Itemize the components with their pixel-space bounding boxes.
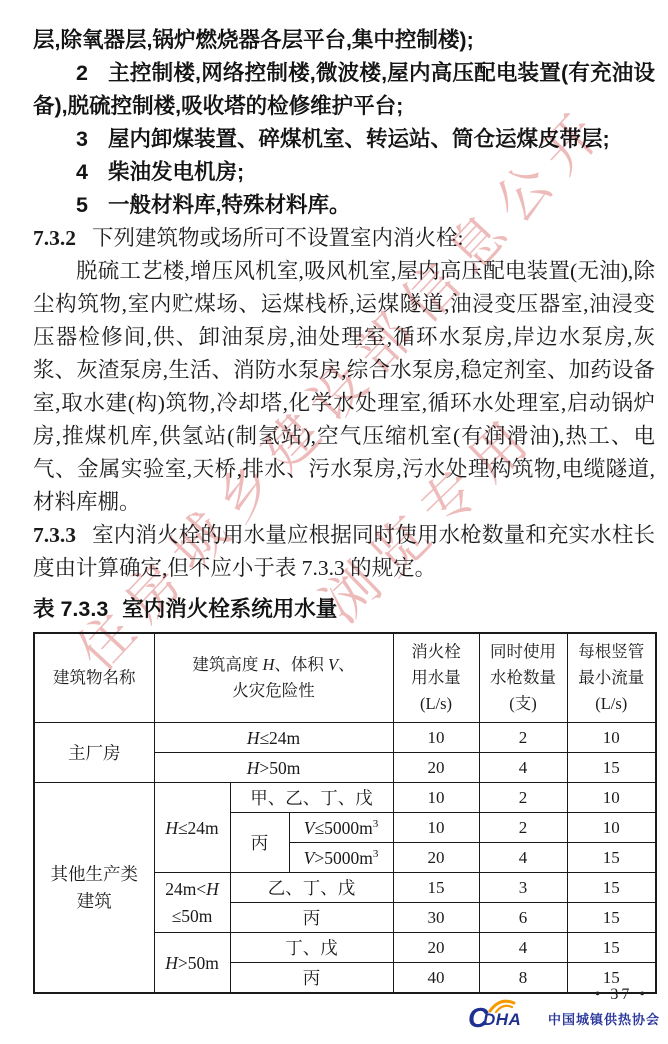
symbol-H: H <box>206 879 219 899</box>
cell-value: 10 <box>567 813 656 843</box>
table-caption-label: 表 7.3.3 <box>33 597 108 621</box>
table-caption-text: 室内消火栓系统用水量 <box>122 597 337 621</box>
list-item-3: 3屋内卸煤装置、碎煤机室、转运站、筒仓运煤皮带层; <box>33 123 655 156</box>
symbol-H: H <box>247 758 260 778</box>
page-content: 层,除氧器层,锅炉燃烧器各层平台,集中控制楼); 2主控制楼,网络控制楼,微波楼… <box>0 0 668 994</box>
header-standpipe-flow: 每根竖管 最小流量 (L/s) <box>567 633 656 723</box>
clause-text: 室内消火栓的用水量应根据同时使用水枪数量和充实水柱长度由计算确定,但不应小于表 … <box>33 523 655 580</box>
cell-main-plant: 主厂房 <box>34 723 154 783</box>
header-text-part: 、体积 <box>274 655 328 674</box>
condition-text: ≤24m <box>178 818 219 838</box>
table-caption: 表 7.3.3室内消火栓系统用水量 <box>33 593 655 626</box>
cell-volume: V≤5000m3 <box>289 813 393 843</box>
cell-condition: H>50m <box>154 753 393 783</box>
cell-value: 15 <box>567 903 656 933</box>
table-row: 主厂房 H≤24m 10 2 10 <box>34 723 656 753</box>
condition-text: >50m <box>259 758 300 778</box>
list-item-number: 2 <box>76 61 108 85</box>
cell-hazard: 乙、丁、戊 <box>230 873 393 903</box>
cell-volume: V>5000m3 <box>289 843 393 873</box>
header-gun-count: 同时使用 水枪数量 (支) <box>479 633 567 723</box>
list-item-number: 5 <box>76 193 108 217</box>
header-text: 建筑物名称 <box>35 665 154 691</box>
cdha-logo-mark: C DHA <box>468 1000 544 1032</box>
header-text: 消火栓 <box>394 639 479 665</box>
document-page: 住房城乡建设部信息公开 浏览专用 层,除氧器层,锅炉燃烧器各层平台,集中控制楼)… <box>0 0 668 1044</box>
cell-value: 15 <box>567 753 656 783</box>
list-item-2: 2主控制楼,网络控制楼,微波楼,屋内高压配电装置(有充油设备),脱硫控制楼,吸收… <box>33 57 655 123</box>
cell-hazard: 甲、乙、丁、戊 <box>230 783 393 813</box>
cell-value: 2 <box>479 723 567 753</box>
symbol-H: H <box>247 728 260 748</box>
header-text-part: 、 <box>338 655 355 674</box>
header-text: (L/s) <box>394 691 479 717</box>
header-text: 用水量 <box>394 665 479 691</box>
cell-value: 15 <box>567 843 656 873</box>
header-height-volume: 建筑高度 H、体积 V、 火灾危险性 <box>154 633 393 723</box>
cell-value: 10 <box>393 813 479 843</box>
cell-hazard-bing: 丙 <box>230 813 289 873</box>
org-name: 中国城镇供热协会 <box>544 1009 660 1032</box>
list-item-number: 3 <box>76 127 108 151</box>
cell-value: 15 <box>567 873 656 903</box>
clause-7-3-2: 7.3.2下列建筑物或场所可不设置室内消火栓: <box>33 222 655 255</box>
cell-value: 40 <box>393 963 479 994</box>
cell-value: 15 <box>567 933 656 963</box>
list-item-text: 主控制楼,网络控制楼,微波楼,屋内高压配电装置(有充油设备),脱硫控制楼,吸收塔… <box>33 61 655 118</box>
cell-value: 8 <box>479 963 567 994</box>
cell-value: 10 <box>567 723 656 753</box>
cell-value: 20 <box>393 753 479 783</box>
header-hydrant-flow: 消火栓 用水量 (L/s) <box>393 633 479 723</box>
cell-value: 3 <box>479 873 567 903</box>
logo-radio-arcs-icon <box>488 997 522 1013</box>
list-item-5: 5一般材料库,特殊材料库。 <box>33 189 655 222</box>
clause-number: 7.3.2 <box>33 226 92 250</box>
cdha-logo: C DHA 中国城镇供热协会 <box>468 1000 660 1032</box>
condition-text: 24m< <box>165 879 206 899</box>
cell-hazard: 丙 <box>230 963 393 994</box>
header-text-part: 建筑高度 <box>192 655 262 674</box>
cell-hazard: 丁、戊 <box>230 933 393 963</box>
clause-7-3-2-body: 脱硫工艺楼,增压风机室,吸风机室,屋内高压配电装置(无油),除尘构筑物,室内贮煤… <box>33 255 655 519</box>
condition-text: ≤24m <box>259 728 300 748</box>
symbol-V: V <box>328 655 338 674</box>
header-text: (L/s) <box>568 691 656 717</box>
cell-other-buildings: 其他生产类 建筑 <box>34 783 154 994</box>
cell-value: 10 <box>567 783 656 813</box>
cell-value: 4 <box>479 753 567 783</box>
cell-value: 4 <box>479 843 567 873</box>
header-text: (支) <box>480 691 567 717</box>
group-name-line: 其他生产类 <box>35 861 154 888</box>
list-item-text: 柴油发电机房; <box>108 160 244 184</box>
cell-value: 15 <box>393 873 479 903</box>
superscript: 3 <box>373 818 379 830</box>
cell-value: 20 <box>393 933 479 963</box>
cell-value: 2 <box>479 813 567 843</box>
logo-acronym: DHA <box>483 1010 521 1030</box>
clause-number: 7.3.3 <box>33 523 92 547</box>
symbol-H: H <box>262 655 274 674</box>
cell-value: 10 <box>393 783 479 813</box>
superscript: 3 <box>373 848 379 860</box>
condition-text: ≤5000m <box>314 818 372 838</box>
header-text: 水枪数量 <box>480 665 567 691</box>
group-name-line: 建筑 <box>35 888 154 915</box>
header-text: 每根竖管 <box>568 639 656 665</box>
list-item-4: 4柴油发电机房; <box>33 156 655 189</box>
cell-value: 20 <box>393 843 479 873</box>
symbol-H: H <box>165 953 178 973</box>
clause-7-3-3: 7.3.3室内消火栓的用水量应根据同时使用水枪数量和充实水柱长度由计算确定,但不… <box>33 519 655 585</box>
list-item-number: 4 <box>76 160 108 184</box>
condition-line: ≤50m <box>155 903 230 930</box>
cell-value: 30 <box>393 903 479 933</box>
condition-text: >50m <box>178 953 219 973</box>
header-text: 火灾危险性 <box>155 678 393 704</box>
cell-condition: H>50m <box>154 933 230 994</box>
header-text: 最小流量 <box>568 665 656 691</box>
cell-condition: H≤24m <box>154 783 230 873</box>
symbol-V: V <box>304 848 315 868</box>
cell-hazard: 丙 <box>230 903 393 933</box>
header-text: 同时使用 <box>480 639 567 665</box>
cell-value: 6 <box>479 903 567 933</box>
list-item-text: 一般材料库,特殊材料库。 <box>108 193 350 217</box>
table-7-3-3: 建筑物名称 建筑高度 H、体积 V、 火灾危险性 消火栓 用水量 (L/s) 同… <box>33 632 657 994</box>
condition-text: >5000m <box>314 848 372 868</box>
cell-condition: 24m<H ≤50m <box>154 873 230 933</box>
table-header-row: 建筑物名称 建筑高度 H、体积 V、 火灾危险性 消火栓 用水量 (L/s) 同… <box>34 633 656 723</box>
condition-line: 24m<H <box>155 876 230 903</box>
paragraph-continuation: 层,除氧器层,锅炉燃烧器各层平台,集中控制楼); <box>33 24 655 57</box>
list-item-text: 屋内卸煤装置、碎煤机室、转运站、筒仓运煤皮带层; <box>108 127 610 151</box>
cell-value: 10 <box>393 723 479 753</box>
header-building-name: 建筑物名称 <box>34 633 154 723</box>
symbol-V: V <box>304 818 315 838</box>
header-text: 建筑高度 H、体积 V、 <box>155 652 393 678</box>
cell-condition: H≤24m <box>154 723 393 753</box>
cell-value: 2 <box>479 783 567 813</box>
clause-text: 下列建筑物或场所可不设置室内消火栓: <box>92 226 463 250</box>
symbol-H: H <box>165 818 178 838</box>
table-row: 其他生产类 建筑 H≤24m 甲、乙、丁、戊 10 2 10 <box>34 783 656 813</box>
cell-value: 4 <box>479 933 567 963</box>
